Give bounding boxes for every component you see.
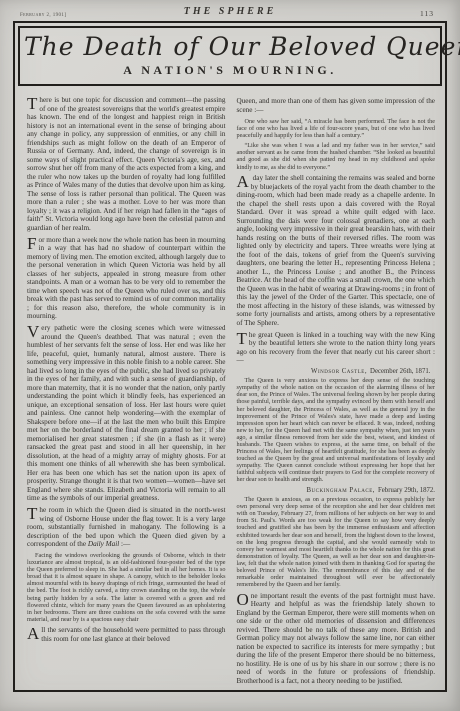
paragraph: For more than a week now the whole natio… — [27, 236, 226, 321]
drop-cap: T — [237, 331, 249, 347]
queen-letter: The Queen is anxious, as on a previous o… — [237, 496, 436, 588]
paragraph: A day later the shell containing the rem… — [237, 174, 436, 327]
article-title: The Death of Our Beloved Queen. — [24, 33, 436, 60]
page-number: 113 — [420, 9, 434, 18]
masthead: THE SPHERE — [14, 6, 446, 17]
paragraph-continuation: Queen, and more than one of them has giv… — [237, 97, 436, 114]
letter-heading: Windsor Castle,December 26th, 1871. — [307, 368, 436, 375]
queen-letter: The Queen is very anxious to express her… — [237, 377, 436, 483]
paragraph: Very pathetic were the closing scenes wh… — [27, 324, 226, 503]
article-body: There is but one topic for discussion an… — [15, 89, 445, 689]
drop-cap: F — [27, 236, 38, 252]
drop-cap: A — [237, 174, 251, 190]
left-column: There is but one topic for discussion an… — [27, 96, 226, 689]
letter-heading: Buckingham Palace,February 29th, 1872. — [307, 487, 436, 494]
drop-cap: O — [237, 592, 251, 608]
paragraph: The room in which the Queen died is situ… — [27, 506, 226, 549]
running-head: February 2, 1901] THE SPHERE 113 — [14, 6, 446, 20]
drop-cap: T — [27, 506, 39, 522]
quoted-description: Facing the windows overlooking the groun… — [27, 552, 226, 623]
paragraph: There is but one topic for discussion an… — [27, 96, 226, 232]
article-subtitle: A NATION'S MOURNING. — [24, 63, 436, 78]
paragraph: The great Queen is linked in a touching … — [237, 331, 436, 365]
article-title-box: The Death of Our Beloved Queen. A NATION… — [18, 26, 442, 86]
scanned-magazine-page: { "header": { "date": "February 2, 1901]… — [0, 0, 460, 711]
servant-quote: One who saw her said, “A miracle has bee… — [237, 118, 436, 139]
drop-cap: A — [27, 626, 41, 642]
servant-quote: “Like she was when I was a lad and my fa… — [237, 142, 436, 170]
publication-name: Daily Mail — [88, 540, 119, 548]
right-column: Queen, and more than one of them has giv… — [237, 96, 436, 689]
paragraph: One important result the events of the p… — [237, 592, 436, 686]
drop-cap: V — [27, 324, 41, 340]
page-frame: The Death of Our Beloved Queen. A NATION… — [13, 21, 447, 692]
paragraph: All the servants of the household were p… — [27, 626, 226, 643]
drop-cap: T — [27, 96, 39, 112]
